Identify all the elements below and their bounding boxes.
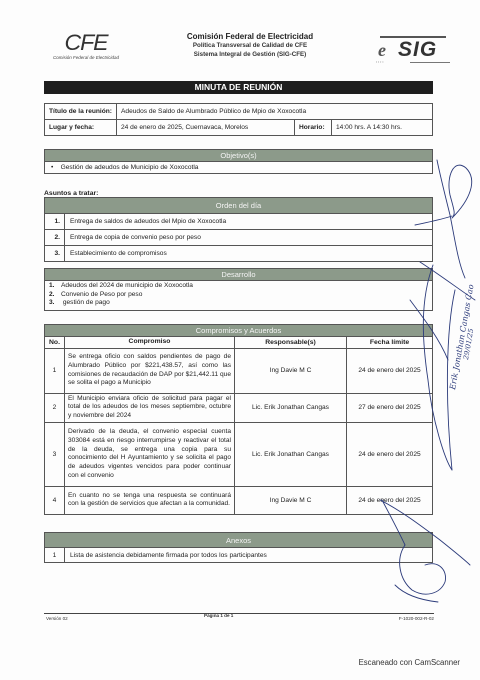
annexes-header: Anexos — [45, 533, 433, 548]
system-name: Sistema Integral de Gestión (SIG-CFE) — [160, 51, 340, 60]
place-date-row: Lugar y fecha: 24 de enero de 2025, Cuer… — [45, 120, 433, 136]
page-number: Página 1 de 1 — [204, 613, 233, 618]
development-header: Desarrollo — [45, 269, 433, 281]
col-header-compromiso: Compromiso — [65, 337, 235, 349]
objective-item: • Gestión de adeudos de Municipio de Xox… — [45, 162, 433, 174]
agenda-row: 3. Establecimiento de compromisos — [45, 246, 433, 262]
commitments-table: Compromisos y Acuerdos No. Compromiso Re… — [44, 324, 433, 515]
topics-label: Asuntos a tratar: — [44, 190, 98, 197]
policy-name: Política Transversal de Calidad de CFE — [160, 42, 340, 51]
signature-date: 29/01/25 — [462, 327, 476, 361]
document-page: CFE Comisión Federal de Electricidad Com… — [0, 0, 480, 680]
signature-text: Erik Jonathan Cangas Cao — [448, 284, 476, 392]
meeting-title-label: Título de la reunión: — [45, 104, 117, 120]
col-header-fecha: Fecha límite — [347, 337, 433, 349]
meeting-title-row: Título de la reunión: Adeudos de Saldo d… — [45, 104, 433, 120]
footer-divider — [44, 613, 434, 614]
commitments-header: Compromisos y Acuerdos — [45, 325, 433, 337]
agenda-table: Orden del día 1. Entrega de saldos de ad… — [44, 197, 433, 262]
commitments-column-headers: No. Compromiso Responsable(s) Fecha lími… — [45, 337, 433, 349]
annex-row: 1 Lista de asistencia debidamente firmad… — [45, 548, 433, 563]
cfe-logo: CFE Comisión Federal de Electricidad — [44, 32, 128, 60]
document-code: F-1020-002-R-02 — [399, 616, 434, 621]
development-item: 3. gestión de pago — [49, 299, 428, 308]
commitment-row: 2 El Municipio enviara oficio de solicit… — [45, 393, 433, 422]
development-item: 1.Adeudos del 2024 de municipio de Xoxoc… — [49, 282, 428, 291]
logo-dots: ‚‚‚‚ — [376, 58, 384, 64]
development-item: 2.Convenio de Peso por peso — [49, 291, 428, 300]
objective-header: Objetivo(s) — [45, 150, 433, 162]
version-label: Versión 02 — [46, 616, 68, 621]
document-header: CFE Comisión Federal de Electricidad Com… — [44, 30, 454, 74]
place-date-value: 24 de enero de 2025, Cuernavaca, Morelos — [117, 120, 295, 136]
col-header-responsable: Responsable(s) — [235, 337, 347, 349]
commitment-row: 3 Derivado de la deuda, el convenio espe… — [45, 422, 433, 486]
commitment-row: 1 Se entrega oficio con saldos pendiente… — [45, 348, 433, 393]
development-list: 1.Adeudos del 2024 de municipio de Xoxoc… — [45, 281, 433, 311]
development-table: Desarrollo 1.Adeudos del 2024 de municip… — [44, 268, 433, 311]
agenda-row: 1. Entrega de saldos de adeudos del Mpio… — [45, 214, 433, 230]
objective-table: Objetivo(s) • Gestión de adeudos de Muni… — [44, 149, 433, 174]
agenda-row: 2. Entrega de copia de convenio peso por… — [45, 230, 433, 246]
header-center-text: Comisión Federal de Electricidad Polític… — [160, 32, 340, 59]
col-header-no: No. — [45, 337, 65, 349]
agenda-header: Orden del día — [45, 198, 433, 214]
meeting-title-value: Adeudos de Saldo de Alumbrado Público de… — [117, 104, 433, 120]
document-title: MINUTA DE REUNIÓN — [44, 81, 433, 94]
meeting-info-table: Título de la reunión: Adeudos de Saldo d… — [44, 103, 433, 136]
place-date-label: Lugar y fecha: — [45, 120, 117, 136]
scanner-watermark: Escaneado con CamScanner — [359, 658, 460, 667]
annexes-table: Anexos 1 Lista de asistencia debidamente… — [44, 532, 433, 563]
commitment-row: 4 En cuanto no se tenga una respuesta se… — [45, 486, 433, 514]
sig-logo: e SIG ‚‚‚‚ — [374, 30, 454, 70]
schedule-value: 14:00 hrs. A 14:30 hrs. — [332, 120, 433, 136]
org-name: Comisión Federal de Electricidad — [160, 32, 340, 42]
schedule-label: Horario: — [295, 120, 332, 136]
